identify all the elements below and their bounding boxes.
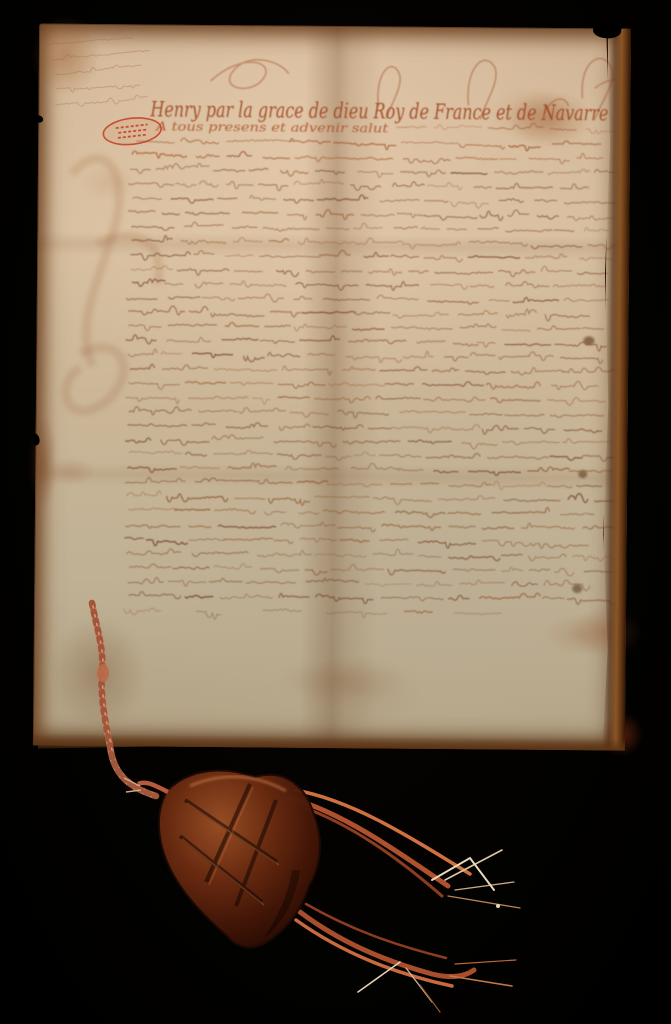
cord-bundle-upper-right (290, 790, 520, 908)
seal-cord (92, 603, 156, 796)
seal-assembly (0, 0, 671, 1024)
cord-bundle-lower-right (296, 904, 516, 1012)
photograph: Henry par la grace de dieu Roy de France… (0, 0, 671, 1024)
